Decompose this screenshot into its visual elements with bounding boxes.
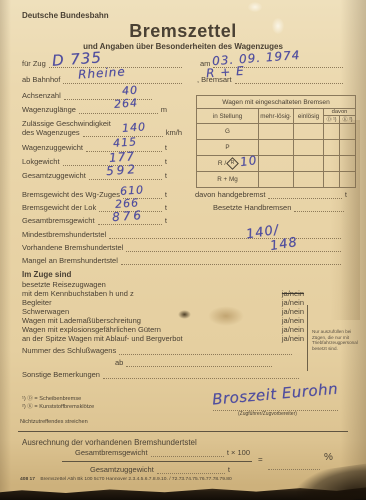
- im-zuge-heading: Im Zuge sind: [22, 271, 71, 280]
- field-bremsgewicht-lok: Bremsgewicht der Lok t: [22, 204, 167, 213]
- bemerkungen-label: Sonstige Bemerkungen: [22, 371, 100, 380]
- col-scheibenbremse-d: Ⓓ ¹): [324, 116, 340, 124]
- wagenzuggewicht-label: Wagenzuggewicht: [22, 144, 83, 153]
- diamond-r-icon: R: [226, 157, 239, 170]
- row-p-mehrloesig: [259, 140, 294, 156]
- footer-imprint-text: Bremszettel A5h Bk 100 5c70 Hannover 2.3…: [40, 477, 231, 482]
- row-rmg-d: [324, 172, 340, 188]
- row-rmg-k: [340, 172, 356, 188]
- gesamtbremsgewicht-label: Gesamtbremsgewicht: [22, 217, 95, 226]
- field-bremsgewicht-wg: Bremsgewicht des Wg-Zuges t: [22, 191, 167, 200]
- bremsgewicht-wg-unit: t: [165, 191, 167, 200]
- field-schlusswagen-ab: ab: [115, 359, 275, 368]
- hw-wagenzuglaenge: 264: [114, 97, 139, 110]
- mangel-label: Mangel an Bremshundertstel: [22, 257, 118, 266]
- hw-gesamtzuggewicht: 592: [106, 163, 139, 177]
- hw-bremsart: R + E: [206, 65, 245, 80]
- calc-num-line: [151, 454, 224, 457]
- gesamtzuggewicht-label: Gesamtzuggewicht: [22, 172, 86, 181]
- hw-geschwindigkeit: 140: [122, 121, 147, 134]
- bremszettel-form-scan: Deutsche Bundesbahn Bremszettel und Anga…: [0, 0, 366, 500]
- hw-signature: Broszeit Eurohn: [212, 382, 339, 408]
- streichen-note: Nichtzutreffendes streichen: [20, 419, 88, 425]
- im-zuge-item-reisezugwagen: besetzte Reisezugwagen mit dem Kennbuchs…: [22, 281, 304, 298]
- row-p-k: [340, 140, 356, 156]
- row-g-d: [324, 124, 340, 140]
- field-handgebremst: davon handgebremst t: [195, 191, 347, 200]
- achsenzahl-label: Achsenzahl: [22, 92, 61, 101]
- bremsart-line: [235, 81, 343, 84]
- geschwindigkeit-label-2: des Wagenzuges: [22, 129, 80, 138]
- gesamtzuggewicht-unit: t: [165, 172, 167, 181]
- col-kunststoff-k: Ⓚ ²): [340, 116, 356, 124]
- field-lokgewicht: Lokgewicht t: [22, 158, 167, 167]
- mindest-label: Mindestbremshundertstel: [22, 231, 106, 240]
- calc-numerator: Gesamtbremsgewicht t × 100: [75, 449, 250, 458]
- field-gesamtzuggewicht: Gesamtzuggewicht t: [22, 172, 167, 181]
- schlusswagen-label: Nummer des Schlußwagens: [22, 347, 116, 356]
- wagenzuglaenge-line: [79, 111, 158, 114]
- col-davon: davon: [324, 109, 356, 116]
- calc-den-label: Gesamtzuggewicht: [90, 466, 154, 475]
- row-g-label: G: [197, 124, 259, 140]
- calc-num-unit: t × 100: [227, 449, 250, 458]
- row-g-mehrloesig: [259, 124, 294, 140]
- item-reisezugwagen-answer: ja/nein: [282, 290, 304, 299]
- wagenzuglaenge-label: Wagenzuglänge: [22, 106, 76, 115]
- row-rmg-label: R + Mg: [197, 172, 259, 188]
- field-mangel-bremshundertstel: Mangel an Bremshundertstel: [22, 257, 344, 266]
- field-wagenzuggewicht: Wagenzuggewicht t: [22, 144, 167, 153]
- lokgewicht-label: Lokgewicht: [22, 158, 60, 167]
- lokgewicht-unit: t: [165, 158, 167, 167]
- field-wagenzuglaenge: Wagenzuglänge m: [22, 106, 167, 115]
- col-einloesig: einlösig: [294, 109, 324, 124]
- footer-form-number: 408 17: [20, 477, 35, 482]
- calc-heading: Ausrechnung der vorhandenen Bremshundert…: [22, 439, 197, 448]
- brake-table-title: Wagen mit eingeschalteten Bremsen: [197, 96, 356, 109]
- calc-percent: %: [324, 452, 333, 463]
- hw-bahnhof: Rheine: [78, 65, 126, 80]
- form-title: Bremszettel: [0, 22, 366, 42]
- field-schlusswagen: Nummer des Schlußwagens: [22, 347, 295, 356]
- mangel-line: [121, 262, 341, 265]
- row-r-einloesig: [294, 156, 324, 172]
- vorhanden-label: Vorhandene Bremshundertstel: [22, 244, 123, 253]
- besetzte-handbremsen-line: [294, 209, 344, 212]
- col-mehrloesig: mehr-lösig·: [259, 109, 294, 124]
- gesamtzuggewicht-line: [89, 177, 162, 180]
- hw-wagenzuggewicht: 415: [113, 136, 138, 149]
- im-zuge-item-ablauf-bergverbot: an der Spitze Wagen mit Ablauf- und Berg…: [22, 335, 304, 344]
- ab-line: [126, 364, 272, 367]
- divider-rule: [18, 431, 348, 432]
- paper-scuff-mark-2: [248, 2, 262, 12]
- row-r-text: R /: [218, 160, 226, 167]
- item-ablauf-label: an der Spitze Wagen mit Ablauf- und Berg…: [22, 335, 282, 344]
- field-sonstige-bemerkungen: Sonstige Bemerkungen: [22, 371, 302, 380]
- hw-achsenzahl: 40: [122, 84, 139, 96]
- row-p-d: [324, 140, 340, 156]
- geschwindigkeit-unit: km/h: [166, 129, 182, 138]
- side-note-bracket: [307, 305, 308, 371]
- col-in-stellung: in Stellung: [197, 109, 259, 124]
- hw-gesamtbremsgewicht: 876: [112, 209, 145, 223]
- row-r-mehrloesig: [259, 156, 294, 172]
- calc-denominator: Gesamtzuggewicht t: [90, 466, 230, 475]
- wagenzuglaenge-unit: m: [161, 106, 167, 115]
- bemerkungen-line: [103, 376, 299, 379]
- agency-name: Deutsche Bundesbahn: [22, 12, 109, 21]
- handgebremst-unit: t: [345, 191, 347, 200]
- besetzte-handbremsen-label: Besetzte Handbremsen: [213, 204, 291, 213]
- item-ablauf-answer: ja/nein: [282, 335, 304, 344]
- row-rmg-mehrloesig: [259, 172, 294, 188]
- brake-settings-table: Wagen mit eingeschalteten Bremsen in Ste…: [196, 95, 356, 188]
- footer-imprint: 408 17 Bremszettel A5h Bk 100 5c70 Hanno…: [20, 477, 232, 482]
- bremsgewicht-wg-label: Bremsgewicht des Wg-Zuges: [22, 191, 120, 200]
- vorhanden-line: [126, 249, 341, 252]
- row-rmg-einloesig: [294, 172, 324, 188]
- side-note: Nur auszufüllen bei Zügen, die nur mit T…: [312, 329, 362, 352]
- schlusswagen-line: [119, 352, 292, 355]
- bremsgewicht-lok-unit: t: [165, 204, 167, 213]
- hw-bremsgewicht-wg: 610: [120, 184, 145, 197]
- hw-r-mehrloesig: 10: [239, 154, 258, 168]
- footnote-scheibenbremse: ¹) Ⓓ = Scheibenbremse: [22, 396, 81, 402]
- calc-equals: =: [258, 456, 263, 465]
- field-geschwindigkeit: des Wagenzuges km/h: [22, 129, 182, 138]
- fuer-zug-label: für Zug: [22, 60, 46, 69]
- bremsgewicht-lok-label: Bremsgewicht der Lok: [22, 204, 96, 213]
- fraction-bar: [62, 461, 252, 462]
- calc-result-line: [268, 468, 320, 470]
- item-reisezugwagen-label: besetzte Reisezugwagen mit dem Kennbuchs…: [22, 281, 282, 298]
- handgebremst-label: davon handgebremst: [195, 191, 265, 200]
- calc-den-line: [157, 471, 225, 474]
- gesamtbremsgewicht-unit: t: [165, 217, 167, 226]
- field-gesamtbremsgewicht: Gesamtbremsgewicht t: [22, 217, 167, 226]
- calc-num-label: Gesamtbremsgewicht: [75, 449, 148, 458]
- ab-label: ab: [115, 359, 123, 368]
- row-r-k: [340, 156, 356, 172]
- field-besetzte-handbremsen: Besetzte Handbremsen: [213, 204, 347, 213]
- footnote-kunststoff: ²) Ⓚ = Kunststoffbremsklötze: [22, 404, 94, 410]
- row-r-d: [324, 156, 340, 172]
- achsenzahl-line: [64, 97, 152, 100]
- mindest-line: [109, 236, 341, 239]
- calc-den-unit: t: [228, 466, 230, 475]
- row-g-k: [340, 124, 356, 140]
- handgebremst-line: [268, 196, 341, 199]
- row-p-einloesig: [294, 140, 324, 156]
- geschwindigkeit-label-1: Zulässige Geschwindigkeit: [22, 120, 111, 128]
- signature-caption: (Zugführer/Zugvorbereiter): [238, 412, 297, 418]
- diamond-r-letter: R: [229, 160, 236, 167]
- row-g-einloesig: [294, 124, 324, 140]
- wagenzuggewicht-unit: t: [165, 144, 167, 153]
- ab-bahnhof-label: ab Bahnhof: [22, 76, 60, 85]
